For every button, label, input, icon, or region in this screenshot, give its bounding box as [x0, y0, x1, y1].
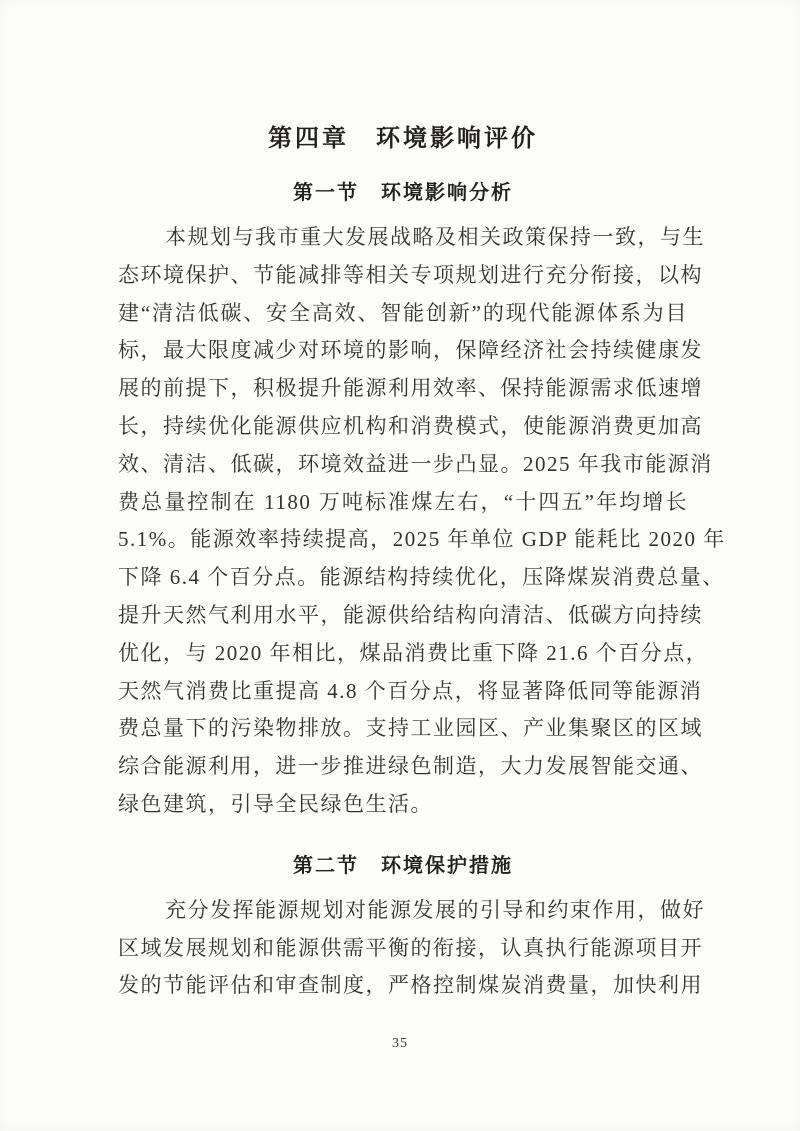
text-line: 建“清洁低碳、安全高效、智能创新”的现代能源体系为目 [118, 295, 688, 333]
text-line: 综合能源利用，进一步推进绿色制造，大力发展智能交通、 [118, 748, 688, 786]
text-line: 发的节能评估和审查制度，严格控制煤炭消费量，加快利用 [118, 967, 688, 1005]
text-line: 天然气消费比重提高 4.8 个百分点，将显著降低同等能源消 [118, 673, 688, 711]
section-2-title: 第二节 环境保护措施 [118, 855, 688, 877]
text-line: 展的前提下，积极提升能源利用效率、保持能源需求低速增 [118, 370, 688, 408]
text-line: 优化，与 2020 年相比，煤品消费比重下降 21.6 个百分点， [118, 635, 688, 673]
text-line: 绿色建筑，引导全民绿色生活。 [118, 786, 688, 824]
text-line: 下降 6.4 个百分点。能源结构持续优化，压降煤炭消费总量、 [118, 559, 688, 597]
text-line: 本规划与我市重大发展战略及相关政策保持一致，与生 [118, 219, 688, 257]
text-line: 提升天然气利用水平，能源供给结构向清洁、低碳方向持续 [118, 597, 688, 635]
chapter-title: 第四章 环境影响评价 [118, 126, 688, 152]
text-line: 效、清洁、低碳，环境效益进一步凸显。2025 年我市能源消 [118, 446, 688, 484]
page-number: 35 [0, 1036, 800, 1052]
text-line: 标，最大限度减少对环境的影响，保障经济社会持续健康发 [118, 332, 688, 370]
section-2-paragraph: 充分发挥能源规划对能源发展的引导和约束作用，做好 区域发展规划和能源供需平衡的衔… [118, 892, 688, 1005]
text-line: 长，持续优化能源供应机构和消费模式，使能源消费更加高 [118, 408, 688, 446]
text-line: 费总量控制在 1180 万吨标准煤左右，“十四五”年均增长 [118, 484, 688, 522]
text-line: 充分发挥能源规划对能源发展的引导和约束作用，做好 [118, 892, 688, 930]
section-1-title: 第一节 环境影响分析 [118, 182, 688, 204]
text-line: 态环境保护、节能减排等相关专项规划进行充分衔接，以构 [118, 257, 688, 295]
text-line: 费总量下的污染物排放。支持工业园区、产业集聚区的区域 [118, 710, 688, 748]
document-page: 第四章 环境影响评价 第一节 环境影响分析 本规划与我市重大发展战略及相关政策保… [0, 0, 800, 1131]
text-line: 区域发展规划和能源供需平衡的衔接，认真执行能源项目开 [118, 930, 688, 968]
text-line: 5.1%。能源效率持续提高，2025 年单位 GDP 能耗比 2020 年 [118, 521, 688, 559]
section-1-paragraph: 本规划与我市重大发展战略及相关政策保持一致，与生 态环境保护、节能减排等相关专项… [118, 219, 688, 824]
page-content: 第四章 环境影响评价 第一节 环境影响分析 本规划与我市重大发展战略及相关政策保… [118, 0, 688, 1005]
